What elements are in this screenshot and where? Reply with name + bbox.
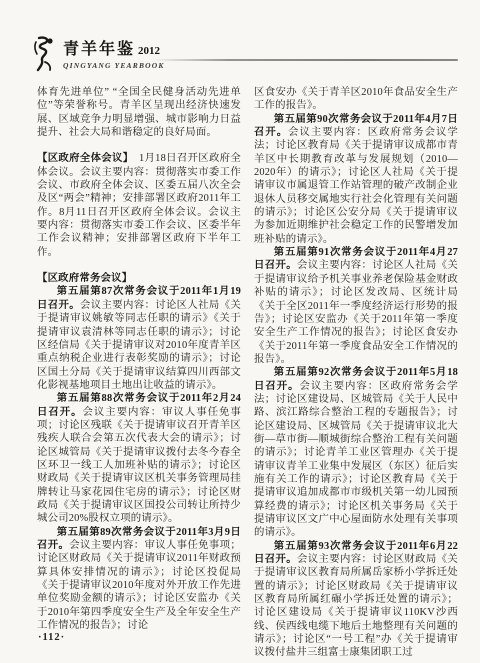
page-header: 青羊年鉴 2012 QINGYANG YEARBOOK — [33, 36, 165, 72]
yearbook-page: 青羊年鉴 2012 QINGYANG YEARBOOK 体育先进单位” “全国全… — [0, 0, 480, 663]
page-number: ·112· — [38, 632, 65, 643]
meeting-lead: 第五届第93次常务会议于2011年6月22日召开。 — [254, 541, 458, 565]
meeting-92: 第五届第92次常务会议于2011年5月18日召开。会议主要内容：区政府常务会学法… — [254, 366, 458, 539]
meeting-lead: 第五届第92次常务会议于2011年5月18日召开。 — [254, 367, 458, 391]
header-rule — [152, 59, 458, 61]
meeting-lead: 第五届第90次常务会议于2011年4月7日召开。 — [254, 114, 458, 138]
column-right: 区食安办《关于青羊区2010年食品安全生产工作的报告》。第五届第90次常务会议于… — [254, 86, 458, 660]
meeting-87: 第五届第87次常务会议于2011年1月19日召开。会议主要内容：讨论区人社局《关… — [37, 285, 241, 392]
paragraph-awards-continuation: 体育先进单位” “全国全民健身活动先进单位”等荣誉称号。青羊区呈现出经济快速发展… — [37, 86, 241, 139]
meeting-lead: 第五届第87次常务会议于2011年1月19日召开。 — [37, 286, 241, 310]
meeting-93: 第五届第93次常务会议于2011年6月22日召开。会议主要内容：讨论区财政局《关… — [254, 540, 458, 660]
meeting-lead: 第五届第88次常务会议于2011年2月24日召开。 — [37, 393, 241, 417]
entry-district-executive-meetings-heading: 【区政府常务会议】 — [37, 272, 241, 285]
meeting-89: 第五届第89次常务会议于2011年3月9日召开。会议主要内容：审议人事任免事项；… — [37, 526, 241, 633]
paragraph-meeting-89-continuation: 区食安办《关于青羊区2010年食品安全生产工作的报告》。 — [254, 86, 458, 113]
meeting-90: 第五届第90次常务会议于2011年4月7日召开。会议主要内容：区政府常务会议学法… — [254, 113, 458, 246]
entry-district-plenary-meeting: 【区政府全体会议】 1月18日召开区政府全体会议。会议主要内容：贯彻落实市委工作… — [37, 152, 241, 259]
meeting-lead: 第五届第91次常务会议于2011年4月27日召开。 — [254, 247, 458, 271]
meeting-88: 第五届第88次常务会议于2011年2月24日召开。会议主要内容：审议人事任免事项… — [37, 392, 241, 525]
column-left: 体育先进单位” “全国全民健身活动先进单位”等荣誉称号。青羊区呈现出经济快速发展… — [37, 86, 241, 660]
yearbook-logo-text: 青羊年鉴 2012 QINGYANG YEARBOOK — [63, 36, 165, 70]
entry-head: 【区政府常务会议】 — [37, 273, 132, 284]
yearbook-logo-icon — [33, 36, 59, 72]
content-columns: 体育先进单位” “全国全民健身活动先进单位”等荣誉称号。青羊区呈现出经济快速发展… — [37, 86, 458, 660]
yearbook-subtitle: QINGYANG YEARBOOK — [63, 61, 165, 70]
yearbook-title: 青羊年鉴 — [63, 36, 135, 59]
meeting-lead: 第五届第89次常务会议于2011年3月9日召开。 — [37, 527, 241, 551]
yearbook-year: 2012 — [138, 45, 160, 57]
entry-head: 【区政府全体会议】 — [37, 153, 128, 164]
meeting-91: 第五届第91次常务会议于2011年4月27日召开。会议主要内容：讨论区人社局《关… — [254, 246, 458, 366]
